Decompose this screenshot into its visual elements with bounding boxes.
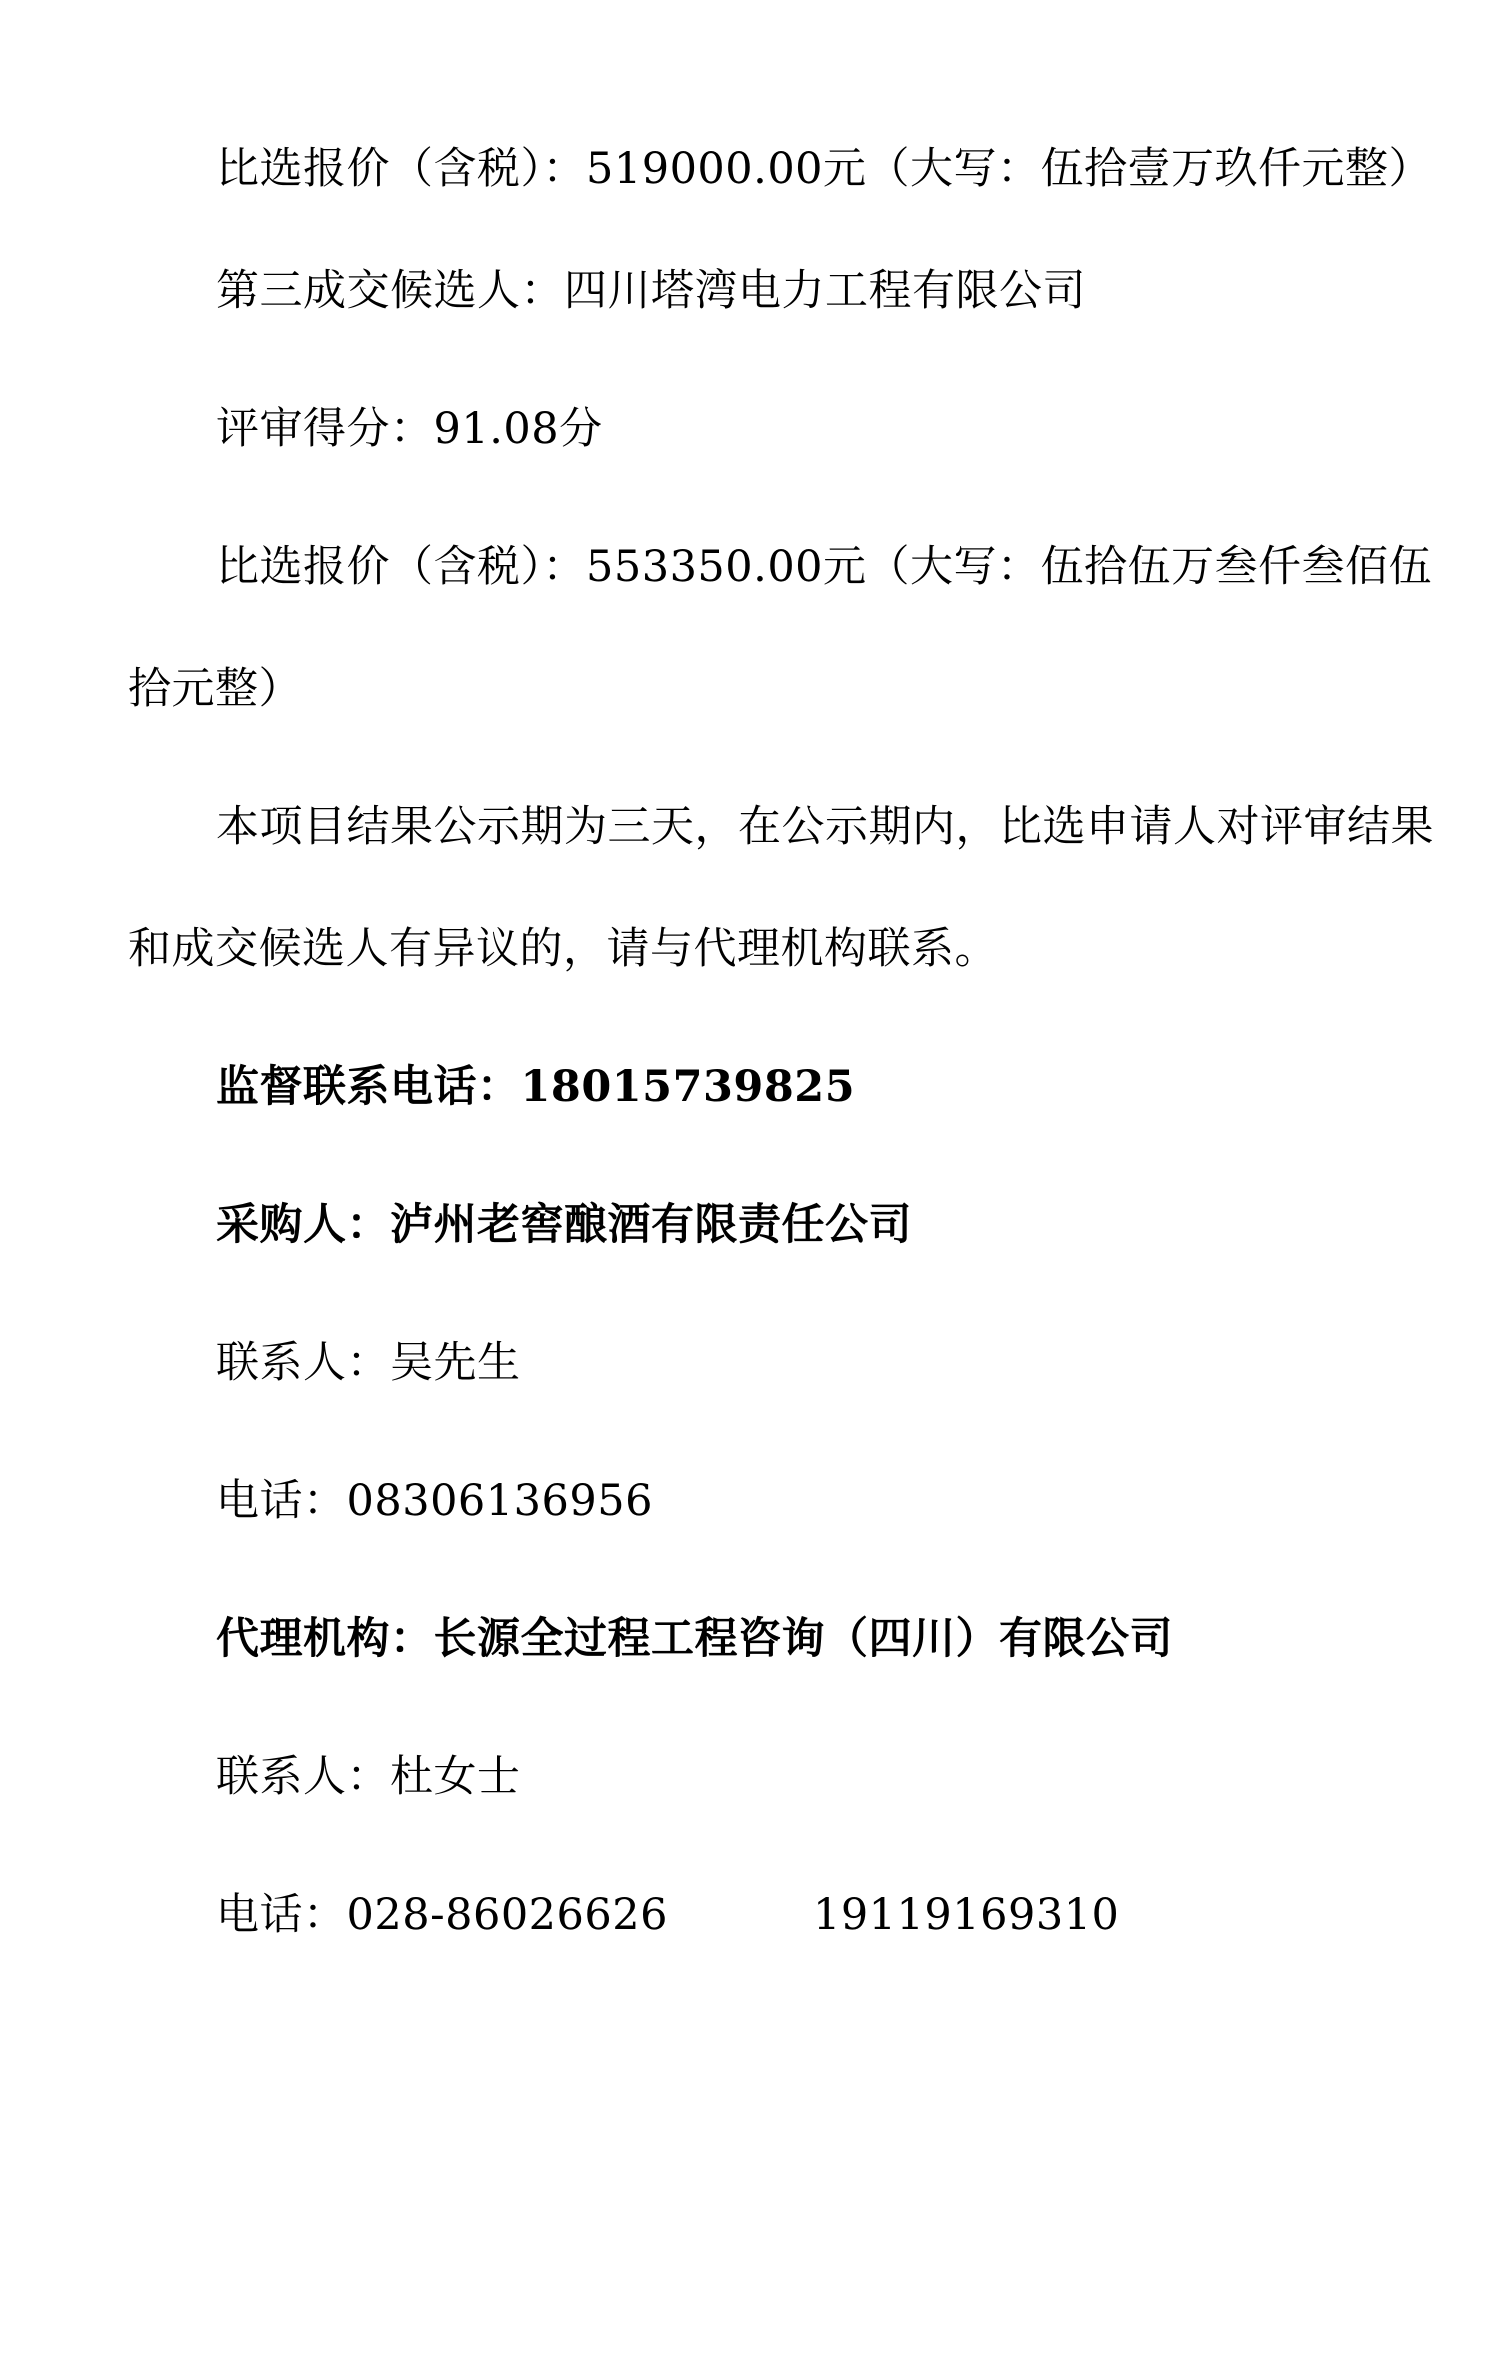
announcement-document-page: 比选报价（含税）：519000.00元（大写：伍拾壹万玖仟元整） 第三成交候选人… — [0, 0, 1500, 2357]
purchaser-line: 采购人：泸州老窖酿酒有限责任公司 — [128, 1164, 1400, 1286]
purchaser-contact-line: 联系人：吴先生 — [128, 1302, 1400, 1424]
purchaser-phone-line: 电话：08306136956 — [128, 1440, 1400, 1562]
quote-price-line-third-candidate-continuation: 拾元整） — [128, 628, 1400, 750]
third-candidate-line: 第三成交候选人：四川塔湾电力工程有限公司 — [128, 230, 1400, 352]
supervision-phone-line: 监督联系电话：18015739825 — [128, 1026, 1400, 1148]
agency-contact-line: 联系人：杜女士 — [128, 1716, 1400, 1838]
review-score-line: 评审得分：91.08分 — [128, 368, 1400, 490]
agency-phone-mobile: 19119169310 — [813, 1854, 1119, 1976]
agency-phone-landline: 电话：028-86026626 — [216, 1890, 668, 1940]
publicity-notice-line-1: 本项目结果公示期为三天，在公示期内，比选申请人对评审结果 — [128, 766, 1400, 888]
agency-line: 代理机构：长源全过程工程咨询（四川）有限公司 — [128, 1578, 1400, 1700]
quote-price-line-second-candidate: 比选报价（含税）：519000.00元（大写：伍拾壹万玖仟元整） — [128, 108, 1400, 230]
publicity-notice-line-2: 和成交候选人有异议的，请与代理机构联系。 — [128, 888, 1400, 1010]
quote-price-line-third-candidate: 比选报价（含税）：553350.00元（大写：伍拾伍万叁仟叁佰伍 — [128, 506, 1400, 628]
agency-phone-line: 电话：028-8602662619119169310 — [128, 1854, 1400, 1976]
